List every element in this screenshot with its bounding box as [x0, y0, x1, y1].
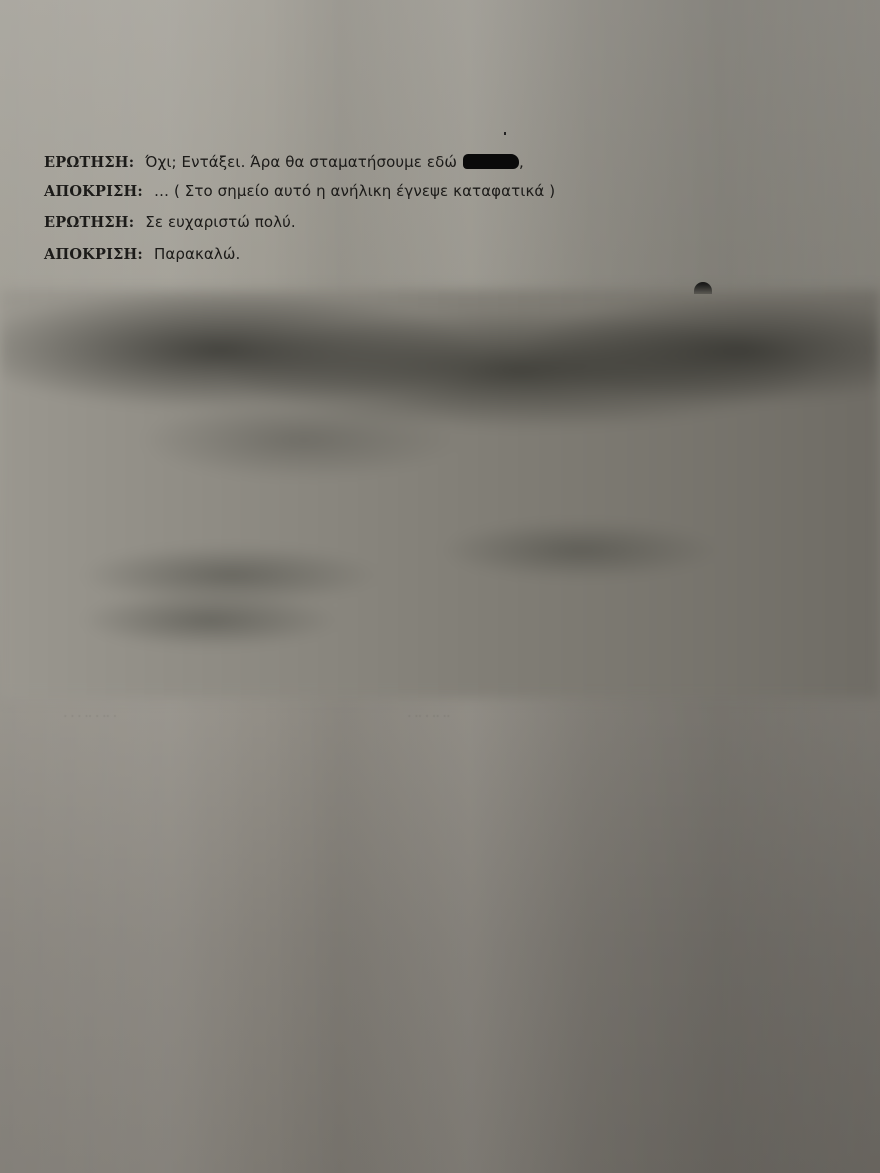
speaker-label: ΑΠΟΚΡΙΣΗ: — [44, 246, 143, 263]
speaker-label: ΕΡΩΤΗΣΗ: — [44, 214, 134, 231]
redaction-punctuation: , — [519, 153, 524, 171]
document-photo: { "document": { "type": "interview-trans… — [0, 0, 880, 1173]
transcript: ΕΡΩΤΗΣΗ: Όχι; Εντάξει. Άρα θα σταματήσου… — [44, 147, 555, 270]
utterance-text: Παρακαλώ. — [154, 245, 240, 263]
ink-speck — [504, 132, 506, 135]
utterance-text: Σε ευχαριστώ πολύ. — [145, 213, 296, 231]
speaker-label: ΑΠΟΚΡΙΣΗ: — [44, 183, 143, 200]
redaction-mark — [463, 154, 519, 169]
speaker-label: ΕΡΩΤΗΣΗ: — [44, 154, 134, 171]
blurred-obscured-region — [0, 290, 880, 698]
utterance-text: Όχι; Εντάξει. Άρα θα σταματήσουμε εδώ — [145, 153, 457, 171]
faint-illegible-marks-right: · ·· · ·· ·· — [408, 712, 451, 722]
transcript-line-question-2: ΕΡΩΤΗΣΗ: Σε ευχαριστώ πολύ. — [44, 205, 555, 239]
faint-illegible-marks-left: · · · ·· · ·· · — [64, 712, 117, 722]
utterance-text: … ( Στο σημείο αυτό η ανήλικη έγνεψε κατ… — [154, 182, 555, 200]
transcript-line-question-1: ΕΡΩΤΗΣΗ: Όχι; Εντάξει. Άρα θα σταματήσου… — [44, 147, 555, 178]
transcript-line-answer-2: ΑΠΟΚΡΙΣΗ: Παρακαλώ. — [44, 239, 555, 270]
transcript-line-answer-1: ΑΠΟΚΡΙΣΗ: … ( Στο σημείο αυτό η ανήλικη … — [44, 178, 555, 205]
